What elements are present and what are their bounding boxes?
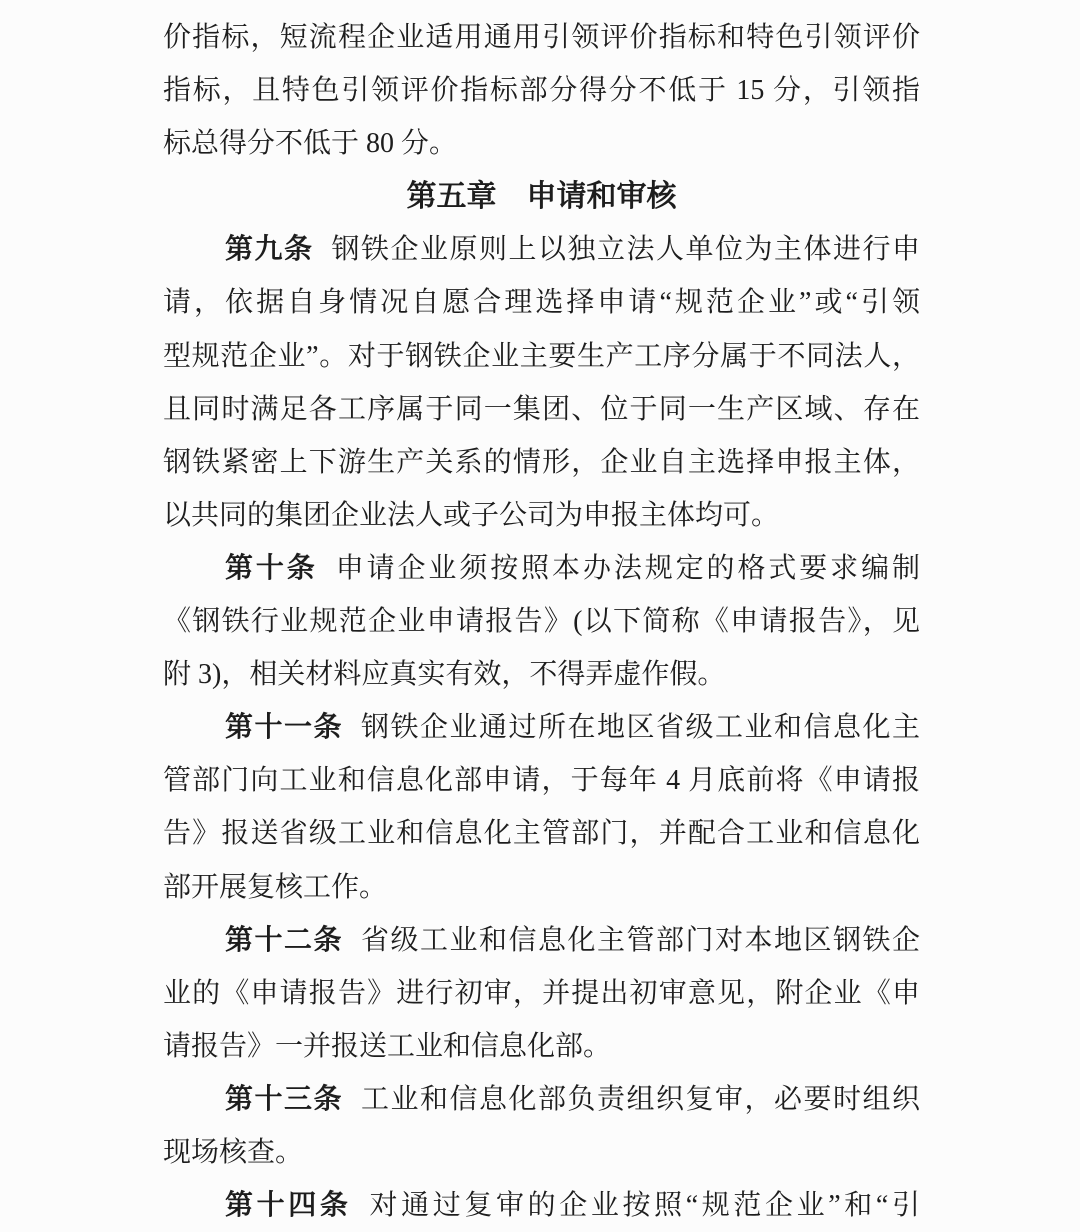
line-text: 对通过复审的企业按照“规范企业”和“引 (370, 1190, 920, 1221)
document-line: 且同时满足各工序属于同一集团、位于同一生产区域、存在 (163, 383, 920, 436)
article-number: 第十四条 (225, 1190, 352, 1221)
document-line: 指标，且特色引领评价指标部分得分不低于 15 分，引领指 (163, 64, 920, 117)
line-text: 工业和信息化部负责组织复审，必要时组织 (361, 1084, 920, 1115)
document-line: 第十一条钢铁企业通过所在地区省级工业和信息化主 (163, 701, 920, 754)
document-line: 请，依据自身情况自愿合理选择申请“规范企业”或“引领 (163, 276, 920, 329)
article-number: 第十二条 (225, 925, 343, 956)
document-line: 《钢铁行业规范企业申请报告》(以下简称《申请报告》，见 (163, 595, 920, 648)
document-line: 第九条钢铁企业原则上以独立法人单位为主体进行申 (163, 223, 920, 276)
chapter-heading: 第五章 申请和审核 (163, 170, 920, 223)
document-line: 钢铁紧密上下游生产关系的情形，企业自主选择申报主体， (163, 436, 920, 489)
document-line: 第十条申请企业须按照本办法规定的格式要求编制 (163, 542, 920, 595)
article-number: 第十条 (225, 553, 318, 584)
document-line: 业的《申请报告》进行初审，并提出初审意见，附企业《申 (163, 967, 920, 1020)
document-line: 型规范企业”。对于钢铁企业主要生产工序分属于不同法人， (163, 330, 920, 383)
document-line: 标总得分不低于 80 分。 (163, 117, 920, 170)
document-line: 第十三条工业和信息化部负责组织复审，必要时组织 (163, 1073, 920, 1126)
document-line: 请报告》一并报送工业和信息化部。 (163, 1020, 920, 1073)
line-text: 钢铁企业原则上以独立法人单位为主体进行申 (332, 234, 920, 265)
document-line: 部开展复核工作。 (163, 861, 920, 914)
document-line: 价指标，短流程企业适用通用引领评价指标和特色引领评价 (163, 11, 920, 64)
article-number: 第九条 (225, 234, 314, 265)
document-line: 第十二条省级工业和信息化主管部门对本地区钢铁企 (163, 914, 920, 967)
document-line: 管部门向工业和信息化部申请，于每年 4 月底前将《申请报 (163, 754, 920, 807)
article-number: 第十三条 (225, 1084, 343, 1115)
article-number: 第十一条 (225, 712, 343, 743)
line-text: 省级工业和信息化主管部门对本地区钢铁企 (361, 925, 920, 956)
line-text: 钢铁企业通过所在地区省级工业和信息化主 (361, 712, 920, 743)
document-line: 附 3)，相关材料应真实有效，不得弄虚作假。 (163, 648, 920, 701)
document-page: 价指标，短流程企业适用通用引领评价指标和特色引领评价指标，且特色引领评价指标部分… (0, 0, 1080, 1232)
document-line: 以共同的集团企业法人或子公司为申报主体均可。 (163, 489, 920, 542)
document-line: 告》报送省级工业和信息化主管部门，并配合工业和信息化 (163, 807, 920, 860)
line-text: 申请企业须按照本办法规定的格式要求编制 (336, 553, 920, 584)
document-line: 第十四条对通过复审的企业按照“规范企业”和“引 (163, 1179, 920, 1232)
document-line: 现场核查。 (163, 1126, 920, 1179)
